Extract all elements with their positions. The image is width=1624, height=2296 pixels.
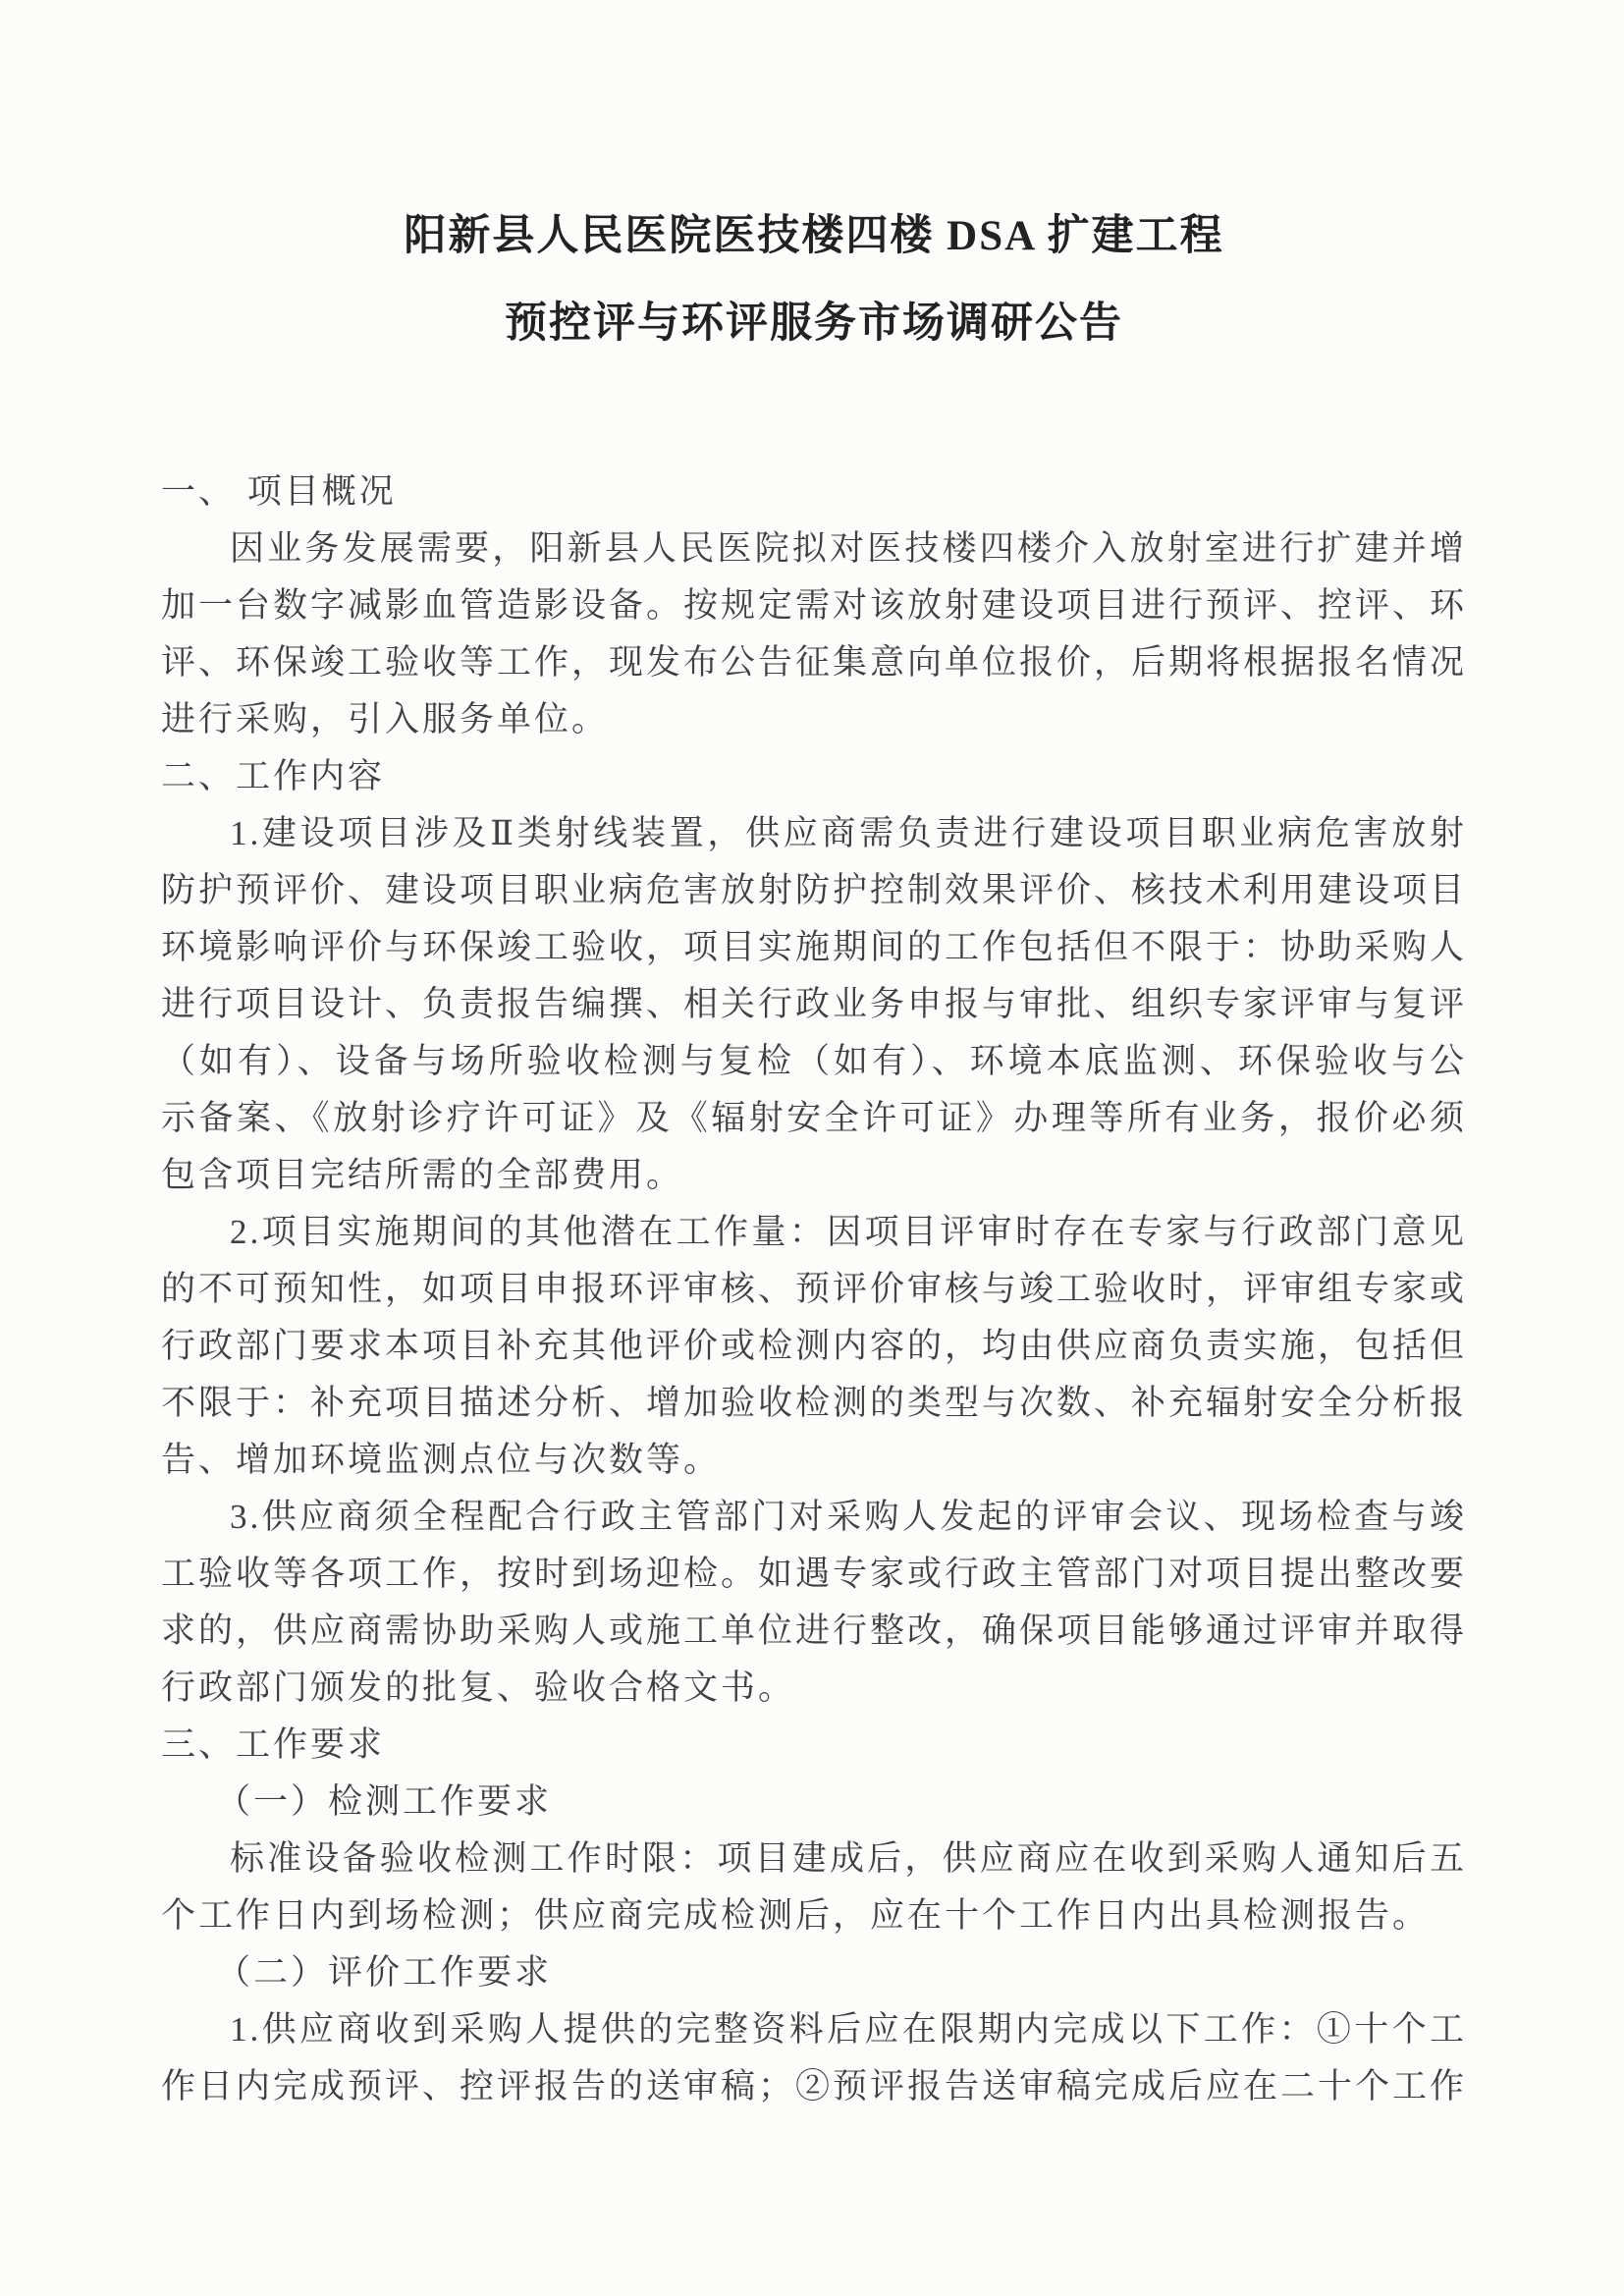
- document-body: 一、 项目概况 因业务发展需要，阳新县人民医院拟对医技楼四楼介入放射室进行扩建并…: [161, 464, 1467, 2115]
- document-title-line-2: 预控评与环评服务市场调研公告: [161, 301, 1467, 346]
- paragraph-overview: 因业务发展需要，阳新县人民医院拟对医技楼四楼介入放射室进行扩建并增加一台数字减影…: [161, 520, 1467, 748]
- paragraph-work-item-3: 3.供应商须全程配合行政主管部门对采购人发起的评审会议、现场检查与竣工验收等各项…: [161, 1489, 1467, 1717]
- document-title-line-1: 阳新县人民医院医技楼四楼 DSA 扩建工程: [161, 0, 1467, 258]
- paragraph-work-item-1: 1.建设项目涉及Ⅱ类射线装置，供应商需负责进行建设项目职业病危害放射防护预评价、…: [161, 805, 1467, 1204]
- subsection-heading-1: （一）检测工作要求: [161, 1774, 1467, 1831]
- paragraph-testing-req: 标准设备验收检测工作时限：项目建成后，供应商应在收到采购人通知后五个工作日内到场…: [161, 1831, 1467, 1944]
- paragraph-work-item-2: 2.项目实施期间的其他潜在工作量：因项目评审时存在专家与行政部门意见的不可预知性…: [161, 1204, 1467, 1489]
- document-page: 阳新县人民医院医技楼四楼 DSA 扩建工程 预控评与环评服务市场调研公告 一、 …: [0, 0, 1624, 2296]
- paragraph-evaluation-req: 1.供应商收到采购人提供的完整资料后应在限期内完成以下工作：①十个工作日内完成预…: [161, 2001, 1467, 2115]
- subsection-heading-2: （二）评价工作要求: [161, 1944, 1467, 2001]
- section-heading-3: 三、工作要求: [161, 1717, 1467, 1774]
- section-heading-2: 二、工作内容: [161, 748, 1467, 805]
- document-content: 阳新县人民医院医技楼四楼 DSA 扩建工程 预控评与环评服务市场调研公告 一、 …: [161, 0, 1467, 2115]
- section-heading-1: 一、 项目概况: [161, 464, 1467, 520]
